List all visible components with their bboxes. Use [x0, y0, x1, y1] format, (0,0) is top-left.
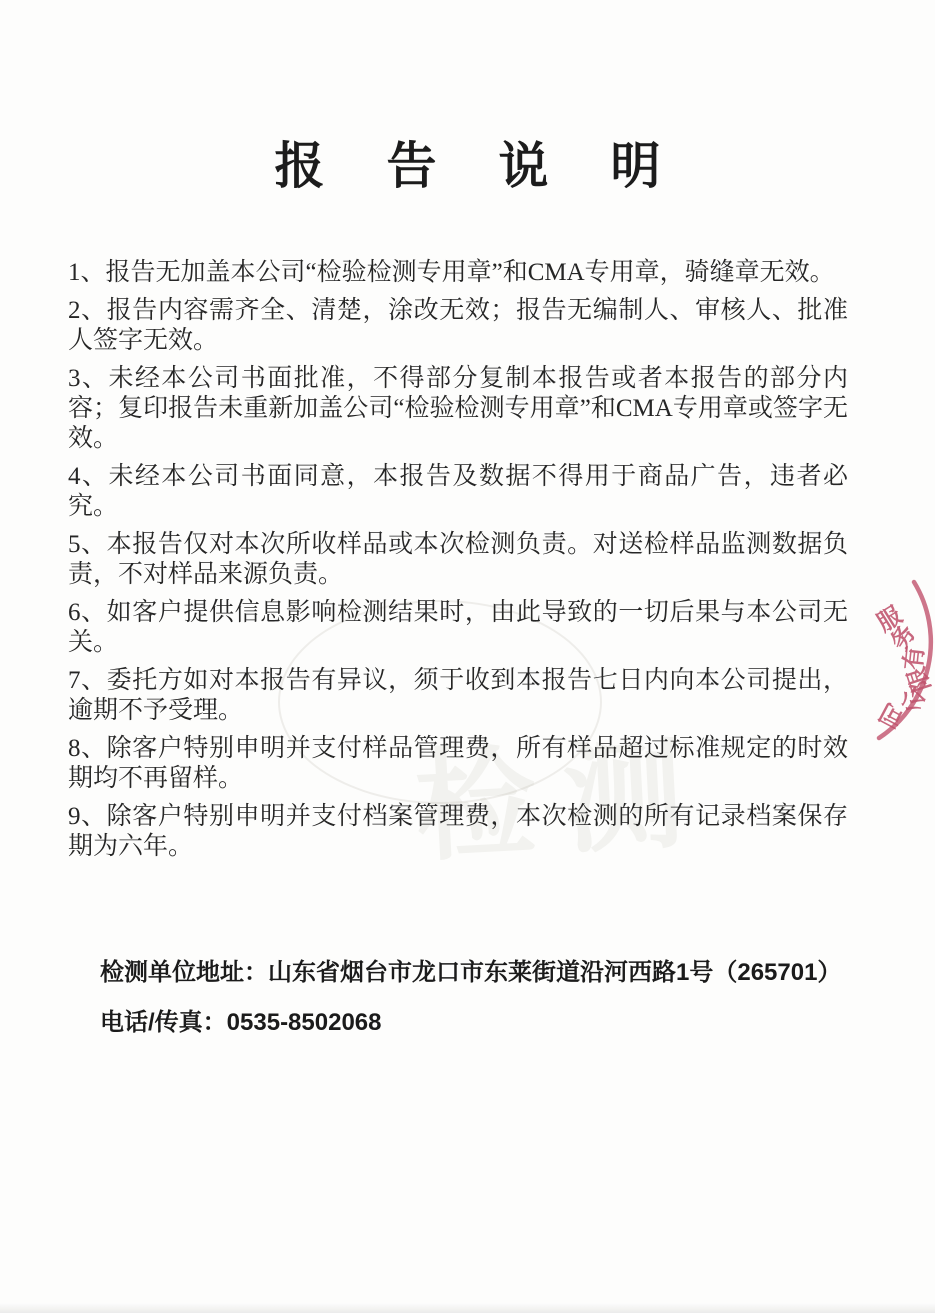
note-item: 9、除客户特别申明并支付档案管理费，本次检测的所有记录档案保存期为六年。	[68, 802, 848, 862]
address-value: 山东省烟台市龙口市东莱街道沿河西路1号（265701）	[268, 959, 841, 986]
phone-value: 0535-8502068	[227, 1009, 382, 1036]
note-text: 报告无加盖本公司“检验检测专用章”和CMA专用章，骑缝章无效。	[106, 259, 835, 286]
note-item: 2、报告内容需齐全、清楚，涂改无效；报告无编制人、审核人、批准人签字无效。	[68, 296, 848, 356]
note-text: 报告内容需齐全、清楚，涂改无效；报告无编制人、审核人、批准人签字无效。	[68, 297, 848, 354]
note-number: 6、	[68, 599, 107, 626]
note-number: 4、	[68, 463, 108, 490]
note-text: 未经本公司书面同意，本报告及数据不得用于商品广告，违者必究。	[68, 463, 848, 520]
note-text: 委托方如对本报告有异议，须于收到本报告七日内向本公司提出，逾期不予受理。	[68, 667, 848, 724]
address-label: 检测单位地址：	[100, 959, 268, 986]
note-item: 5、本报告仅对本次所收样品或本次检测负责。对送检样品监测数据负责，不对样品来源负…	[68, 530, 848, 590]
note-text: 未经本公司书面批准，不得部分复制本报告或者本报告的部分内容；复印报告未重新加盖公…	[68, 365, 848, 452]
note-number: 8、	[68, 735, 107, 762]
note-number: 1、	[68, 259, 106, 286]
note-number: 5、	[68, 531, 107, 558]
phone-line: 电话/传真：0535-8502068	[100, 1006, 935, 1040]
note-item: 4、未经本公司书面同意，本报告及数据不得用于商品广告，违者必究。	[68, 462, 848, 522]
note-number: 7、	[68, 667, 107, 694]
note-number: 2、	[68, 297, 107, 324]
phone-label: 电话/传真：	[100, 1009, 227, 1036]
note-number: 3、	[68, 365, 108, 392]
note-item: 8、除客户特别申明并支付样品管理费，所有样品超过标准规定的时效期均不再留样。	[68, 734, 848, 794]
note-item: 7、委托方如对本报告有异议，须于收到本报告七日内向本公司提出，逾期不予受理。	[68, 666, 848, 726]
page-title: 报告说明	[0, 136, 935, 196]
note-text: 除客户特别申明并支付样品管理费，所有样品超过标准规定的时效期均不再留样。	[68, 735, 848, 792]
note-number: 9、	[68, 803, 107, 830]
note-text: 本报告仅对本次所收样品或本次检测负责。对送检样品监测数据负责，不对样品来源负责。	[68, 531, 848, 588]
address-line: 检测单位地址：山东省烟台市龙口市东莱街道沿河西路1号（265701）	[100, 956, 935, 990]
note-item: 3、未经本公司书面批准，不得部分复制本报告或者本报告的部分内容；复印报告未重新加…	[68, 364, 848, 454]
seal-graphics: 服 务 有 限 公 司	[872, 582, 935, 738]
contact-block: 检测单位地址：山东省烟台市龙口市东莱街道沿河西路1号（265701） 电话/传真…	[100, 956, 935, 1040]
note-item: 6、如客户提供信息影响检测结果时，由此导致的一切后果与本公司无关。	[68, 598, 848, 658]
notes-list: 1、报告无加盖本公司“检验检测专用章”和CMA专用章，骑缝章无效。 2、报告内容…	[68, 258, 848, 862]
report-notes-page: 检测 报告说明 1、报告无加盖本公司“检验检测专用章”和CMA专用章，骑缝章无效…	[0, 0, 935, 1313]
company-seal-stamp: 服 务 有 限 公 司	[830, 555, 935, 765]
note-text: 除客户特别申明并支付档案管理费，本次检测的所有记录档案保存期为六年。	[68, 803, 848, 860]
note-item: 1、报告无加盖本公司“检验检测专用章”和CMA专用章，骑缝章无效。	[68, 258, 848, 288]
note-text: 如客户提供信息影响检测结果时，由此导致的一切后果与本公司无关。	[68, 599, 848, 656]
